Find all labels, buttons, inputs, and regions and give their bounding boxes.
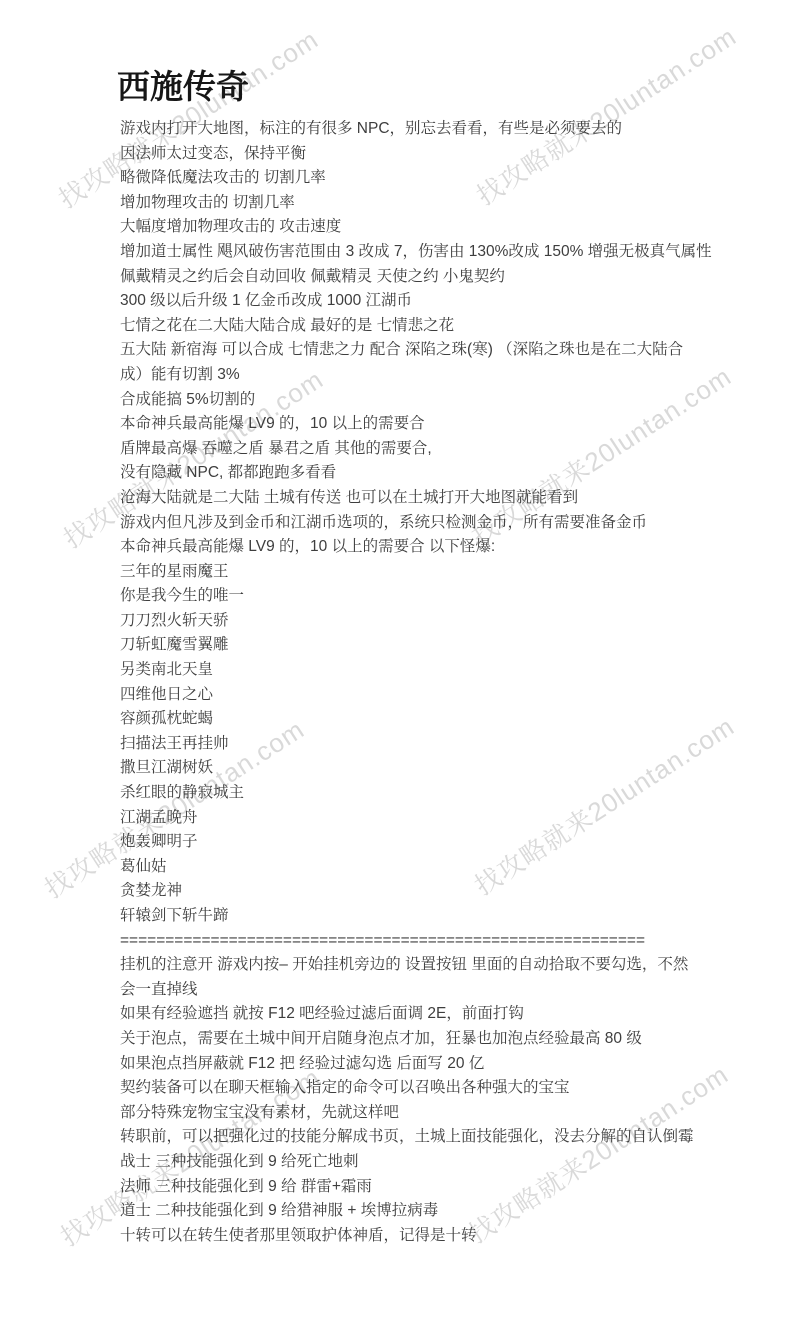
text-line: 契约装备可以在聊天框输入指定的命令可以召唤出各种强大的宝宝 [120,1076,780,1101]
text-line: 贪婪龙神 [120,879,780,904]
text-line: 部分特殊宠物宝宝没有素材，先就这样吧 [120,1101,780,1126]
text-line: 因法师太过变态，保持平衡 [120,142,780,167]
text-line: 七情之花在二大陆大陆合成 最好的是 七情悲之花 [120,314,780,339]
text-line: 道士 二种技能强化到 9 给猎神服 + 埃博拉病毒 [120,1199,780,1224]
text-line: 轩辕剑下斩牛蹄 [120,904,780,929]
text-line: 江湖孟晚舟 [120,806,780,831]
text-line: 杀红眼的静寂城主 [120,781,780,806]
text-line: 容颜孤枕蛇蝎 [120,707,780,732]
text-line: 沧海大陆就是二大陆 土城有传送 也可以在土城打开大地图就能看到 [120,486,780,511]
text-line: 撒旦江湖树妖 [120,756,780,781]
text-line: 葛仙姑 [120,855,780,880]
text-line: 本命神兵最高能爆 LV9 的，10 以上的需要合 以下怪爆: [120,535,780,560]
text-line: 盾牌最高爆 吞噬之盾 暴君之盾 其他的需要合, [120,437,780,462]
text-line: 转职前，可以把强化过的技能分解成书页，土城上面技能强化，没去分解的自认倒霉 [120,1125,780,1150]
text-line: 十转可以在转生使者那里领取护体神盾，记得是十转 [120,1224,780,1249]
text-line: 成）能有切割 3% [120,363,780,388]
text-line: 法师 三种技能强化到 9 给 群雷+霜雨 [120,1175,780,1200]
text-line: 本命神兵最高能爆 LV9 的，10 以上的需要合 [120,412,780,437]
page-title: 西施传奇 [117,64,249,112]
text-line: 会一直掉线 [120,978,780,1003]
text-line: 炮轰卿明子 [120,830,780,855]
text-line: 游戏内打开大地图，标注的有很多 NPC，别忘去看看，有些是必须要去的 [120,117,780,142]
text-line: 刀斩虹魔雪翼雕 [120,633,780,658]
text-line: 佩戴精灵之约后会自动回收 佩戴精灵 天使之约 小鬼契约 [120,265,780,290]
text-line: 刀刀烈火斩天骄 [120,609,780,634]
text-line: 300 级以后升级 1 亿金币改成 1000 江湖币 [120,289,780,314]
text-lines: 游戏内打开大地图，标注的有很多 NPC，别忘去看看，有些是必须要去的因法师太过变… [120,117,780,1248]
text-line: 合成能搞 5%切割的 [120,388,780,413]
text-line: 游戏内但凡涉及到金币和江湖币选项的，系统只检测金币，所有需要准备金币 [120,511,780,536]
text-line: 挂机的注意开 游戏内按– 开始挂机旁边的 设置按钮 里面的自动拾取不要勾选，不然 [120,953,780,978]
text-line: 战士 三种技能强化到 9 给死亡地刺 [120,1150,780,1175]
text-line: 没有隐藏 NPC, 都都跑跑多看看 [120,461,780,486]
text-line: 另类南北天皇 [120,658,780,683]
text-line: 略微降低魔法攻击的 切割几率 [120,166,780,191]
text-line: 五大陆 新宿海 可以合成 七情悲之力 配合 深陷之珠(寒) （深陷之珠也是在二大… [120,338,780,363]
text-line: 关于泡点，需要在土城中间开启随身泡点才加，狂暴也加泡点经验最高 80 级 [120,1027,780,1052]
text-line: 如果泡点挡屏蔽就 F12 把 经验过滤勾选 后面写 20 亿 [120,1052,780,1077]
text-line: 增加物理攻击的 切割几率 [120,191,780,216]
text-line: 如果有经验遮挡 就按 F12 吧经验过滤后面调 2E，前面打钩 [120,1002,780,1027]
text-line: 三年的星雨魔王 [120,560,780,585]
text-line: 扫描法王再挂帅 [120,732,780,757]
text-line: 增加道士属性 飓风破伤害范围由 3 改成 7，伤害由 130%改成 150% 增… [120,240,780,265]
text-line: 大幅度增加物理攻击的 攻击速度 [120,215,780,240]
text-line: 四维他日之心 [120,683,780,708]
separator-line: ========================================… [120,929,780,954]
text-line: 你是我今生的唯一 [120,584,780,609]
document-page: 找攻略就来20luntan.com找攻略就来20luntan.com找攻略就来2… [0,0,793,1320]
